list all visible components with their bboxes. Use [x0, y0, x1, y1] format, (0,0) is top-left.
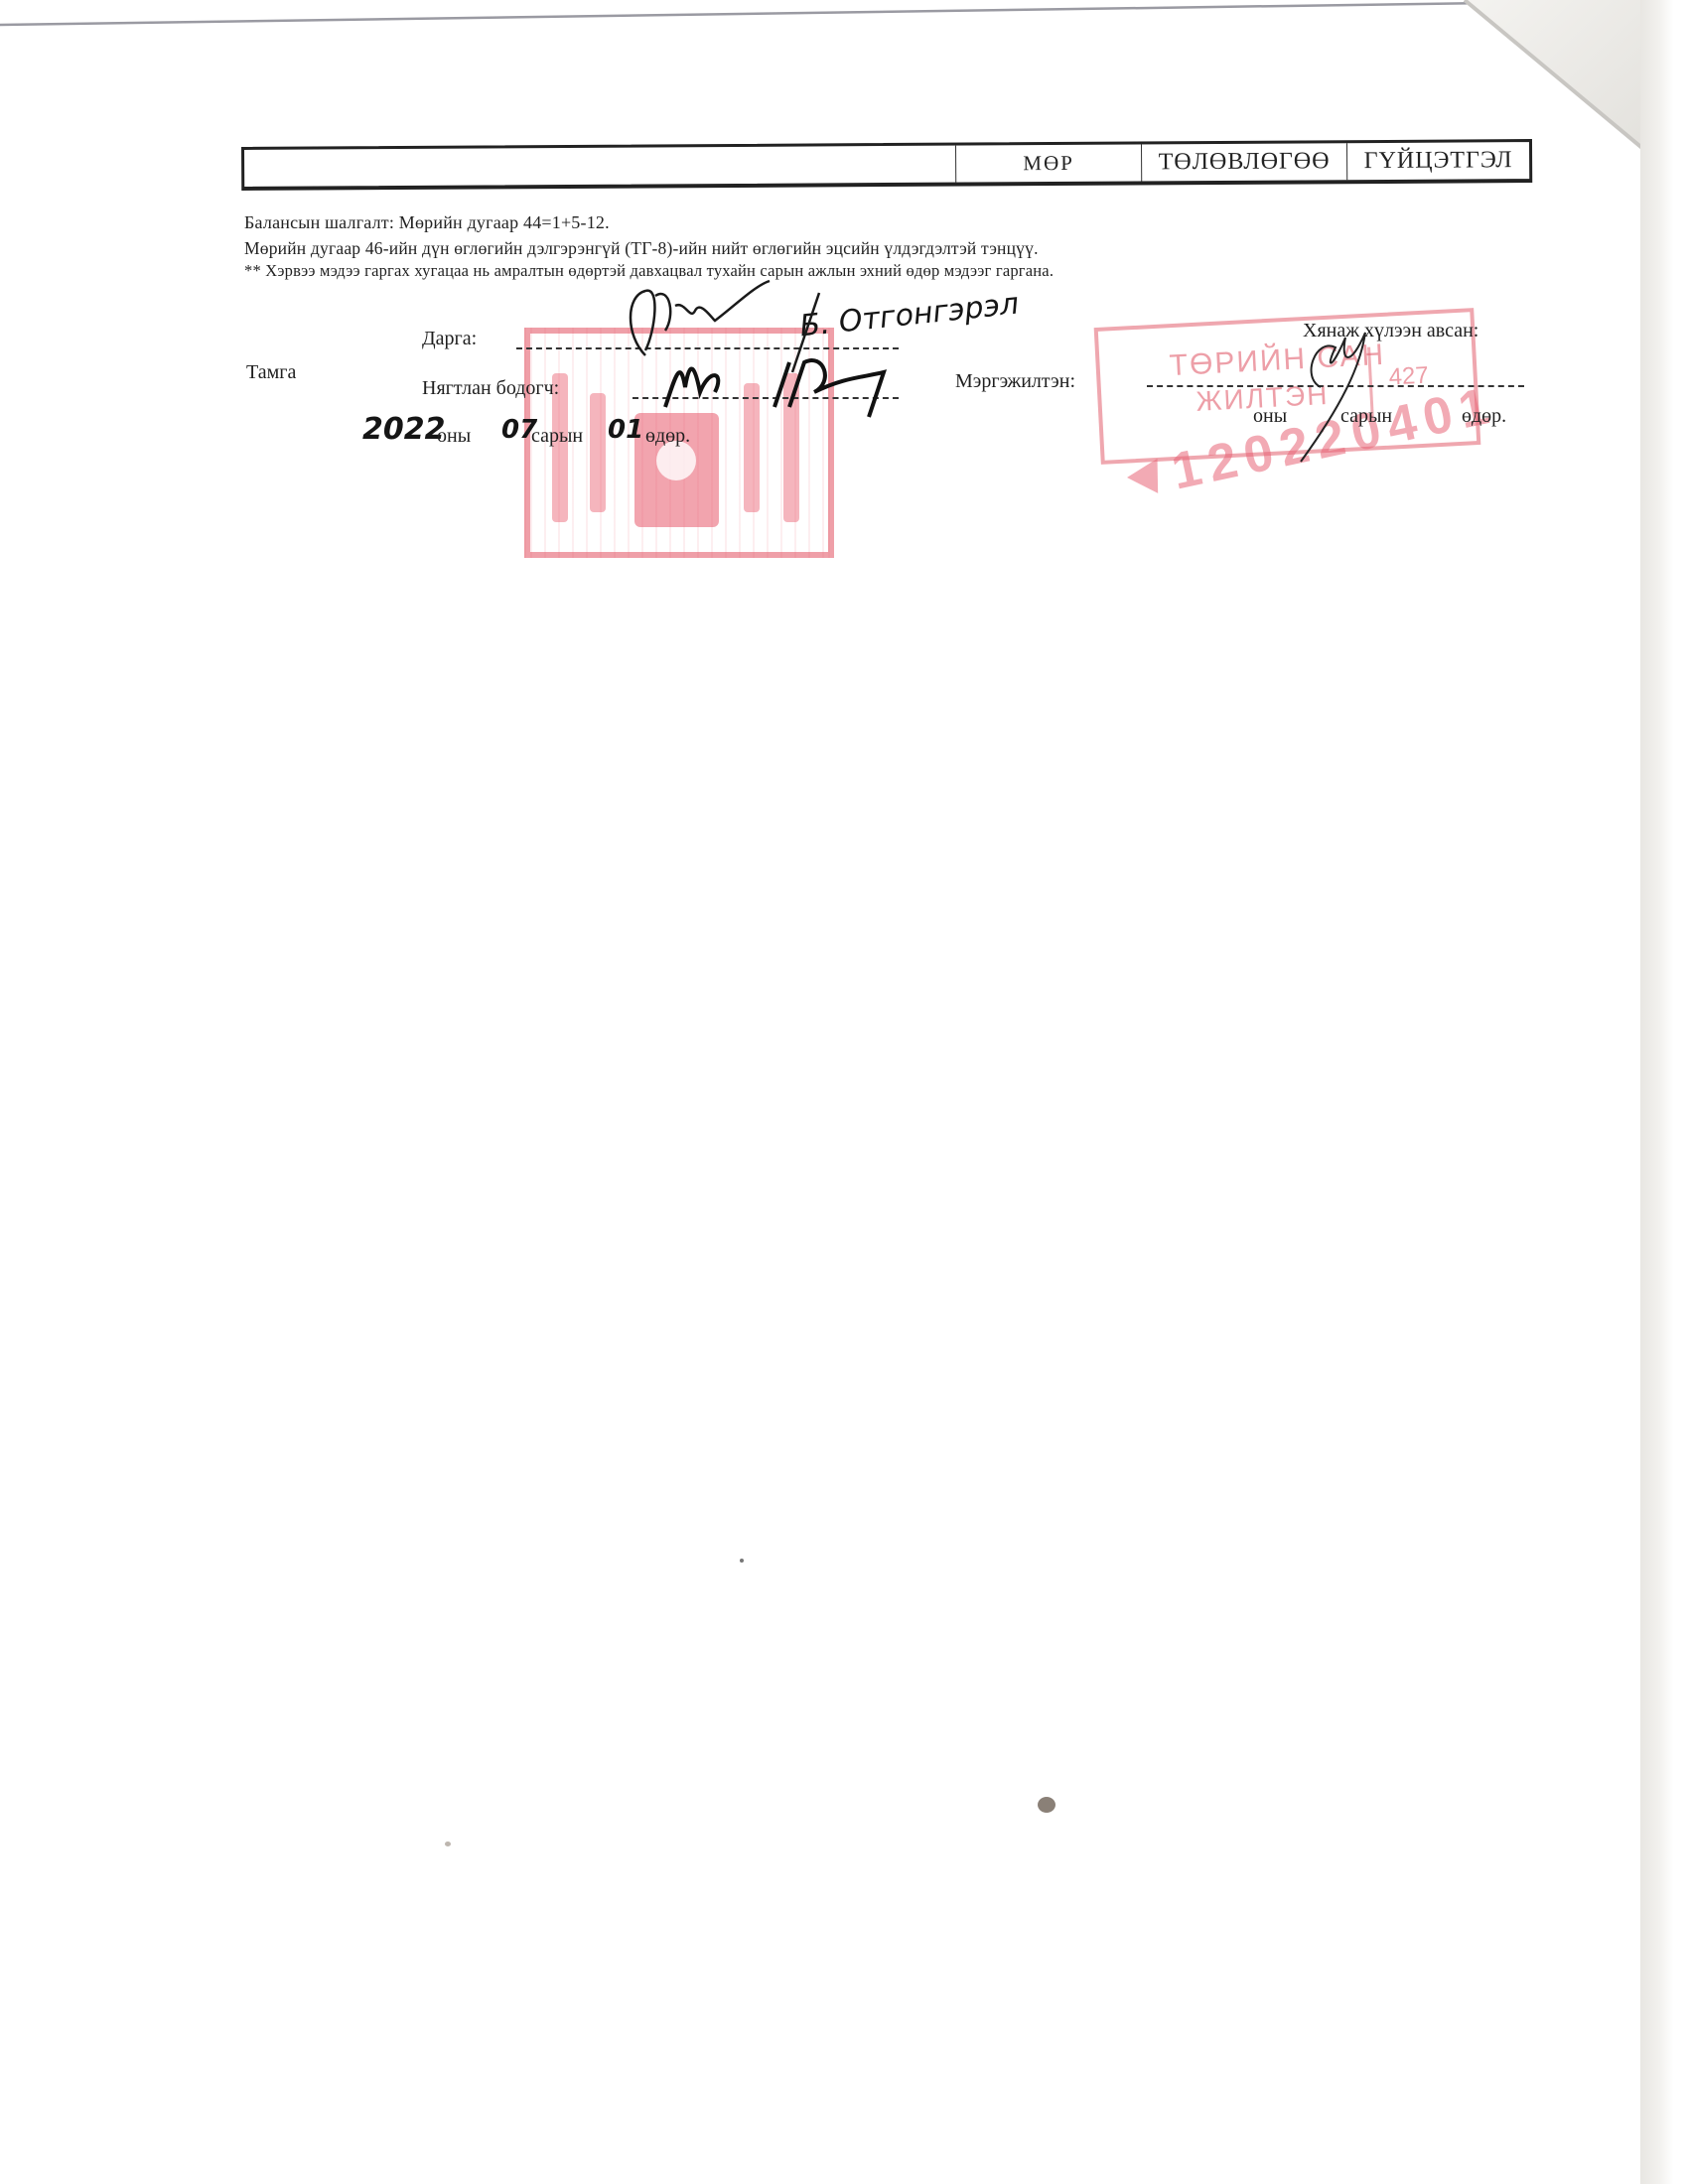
director-name-handwritten: Б. Отгонгэрэл	[798, 287, 1021, 344]
ink-speck	[445, 1842, 451, 1846]
registry-stamp-number: 427	[1388, 362, 1429, 392]
date-year-suffix: оны	[437, 425, 471, 448]
header-cell-performance: ГҮЙЦЭТГЭЛ	[1346, 142, 1529, 180]
stamp-label: Тамга	[246, 361, 296, 384]
header-table: МӨР ТӨЛӨВЛӨГӨӨ ГҮЙЦЭТГЭЛ	[241, 139, 1532, 191]
scan-margin-strip	[1640, 0, 1688, 2184]
specialist-signature	[1281, 318, 1390, 467]
date-day-suffix: өдөр.	[645, 425, 690, 448]
balance-check-note: Балансын шалгалт: Мөрийн дугаар 44=1+5-1…	[244, 212, 610, 233]
accountant-label: Нягтлан бодогч:	[422, 377, 559, 400]
specialist-label: Мэргэжилтэн:	[955, 370, 1075, 393]
header-cell-plan: ТӨЛӨВЛӨГӨӨ	[1141, 143, 1346, 181]
seal-script-mark	[590, 393, 606, 512]
triangle-icon	[1127, 459, 1173, 503]
header-cell-row: МӨР	[955, 144, 1141, 182]
accountant-signature	[655, 347, 923, 422]
review-day-suffix: өдөр.	[1462, 405, 1506, 428]
date-year-handwritten: 2022	[362, 412, 446, 447]
ink-speck	[1038, 1797, 1055, 1813]
director-label: Дарга:	[422, 328, 477, 350]
row-46-note: Мөрийн дугаар 46-ийн дүн өглөгийн дэлгэр…	[244, 238, 1039, 259]
header-cell-label	[244, 146, 955, 187]
date-day-handwritten: 01	[608, 415, 643, 445]
ink-speck	[740, 1559, 744, 1563]
date-month-suffix: сарын	[531, 425, 583, 448]
